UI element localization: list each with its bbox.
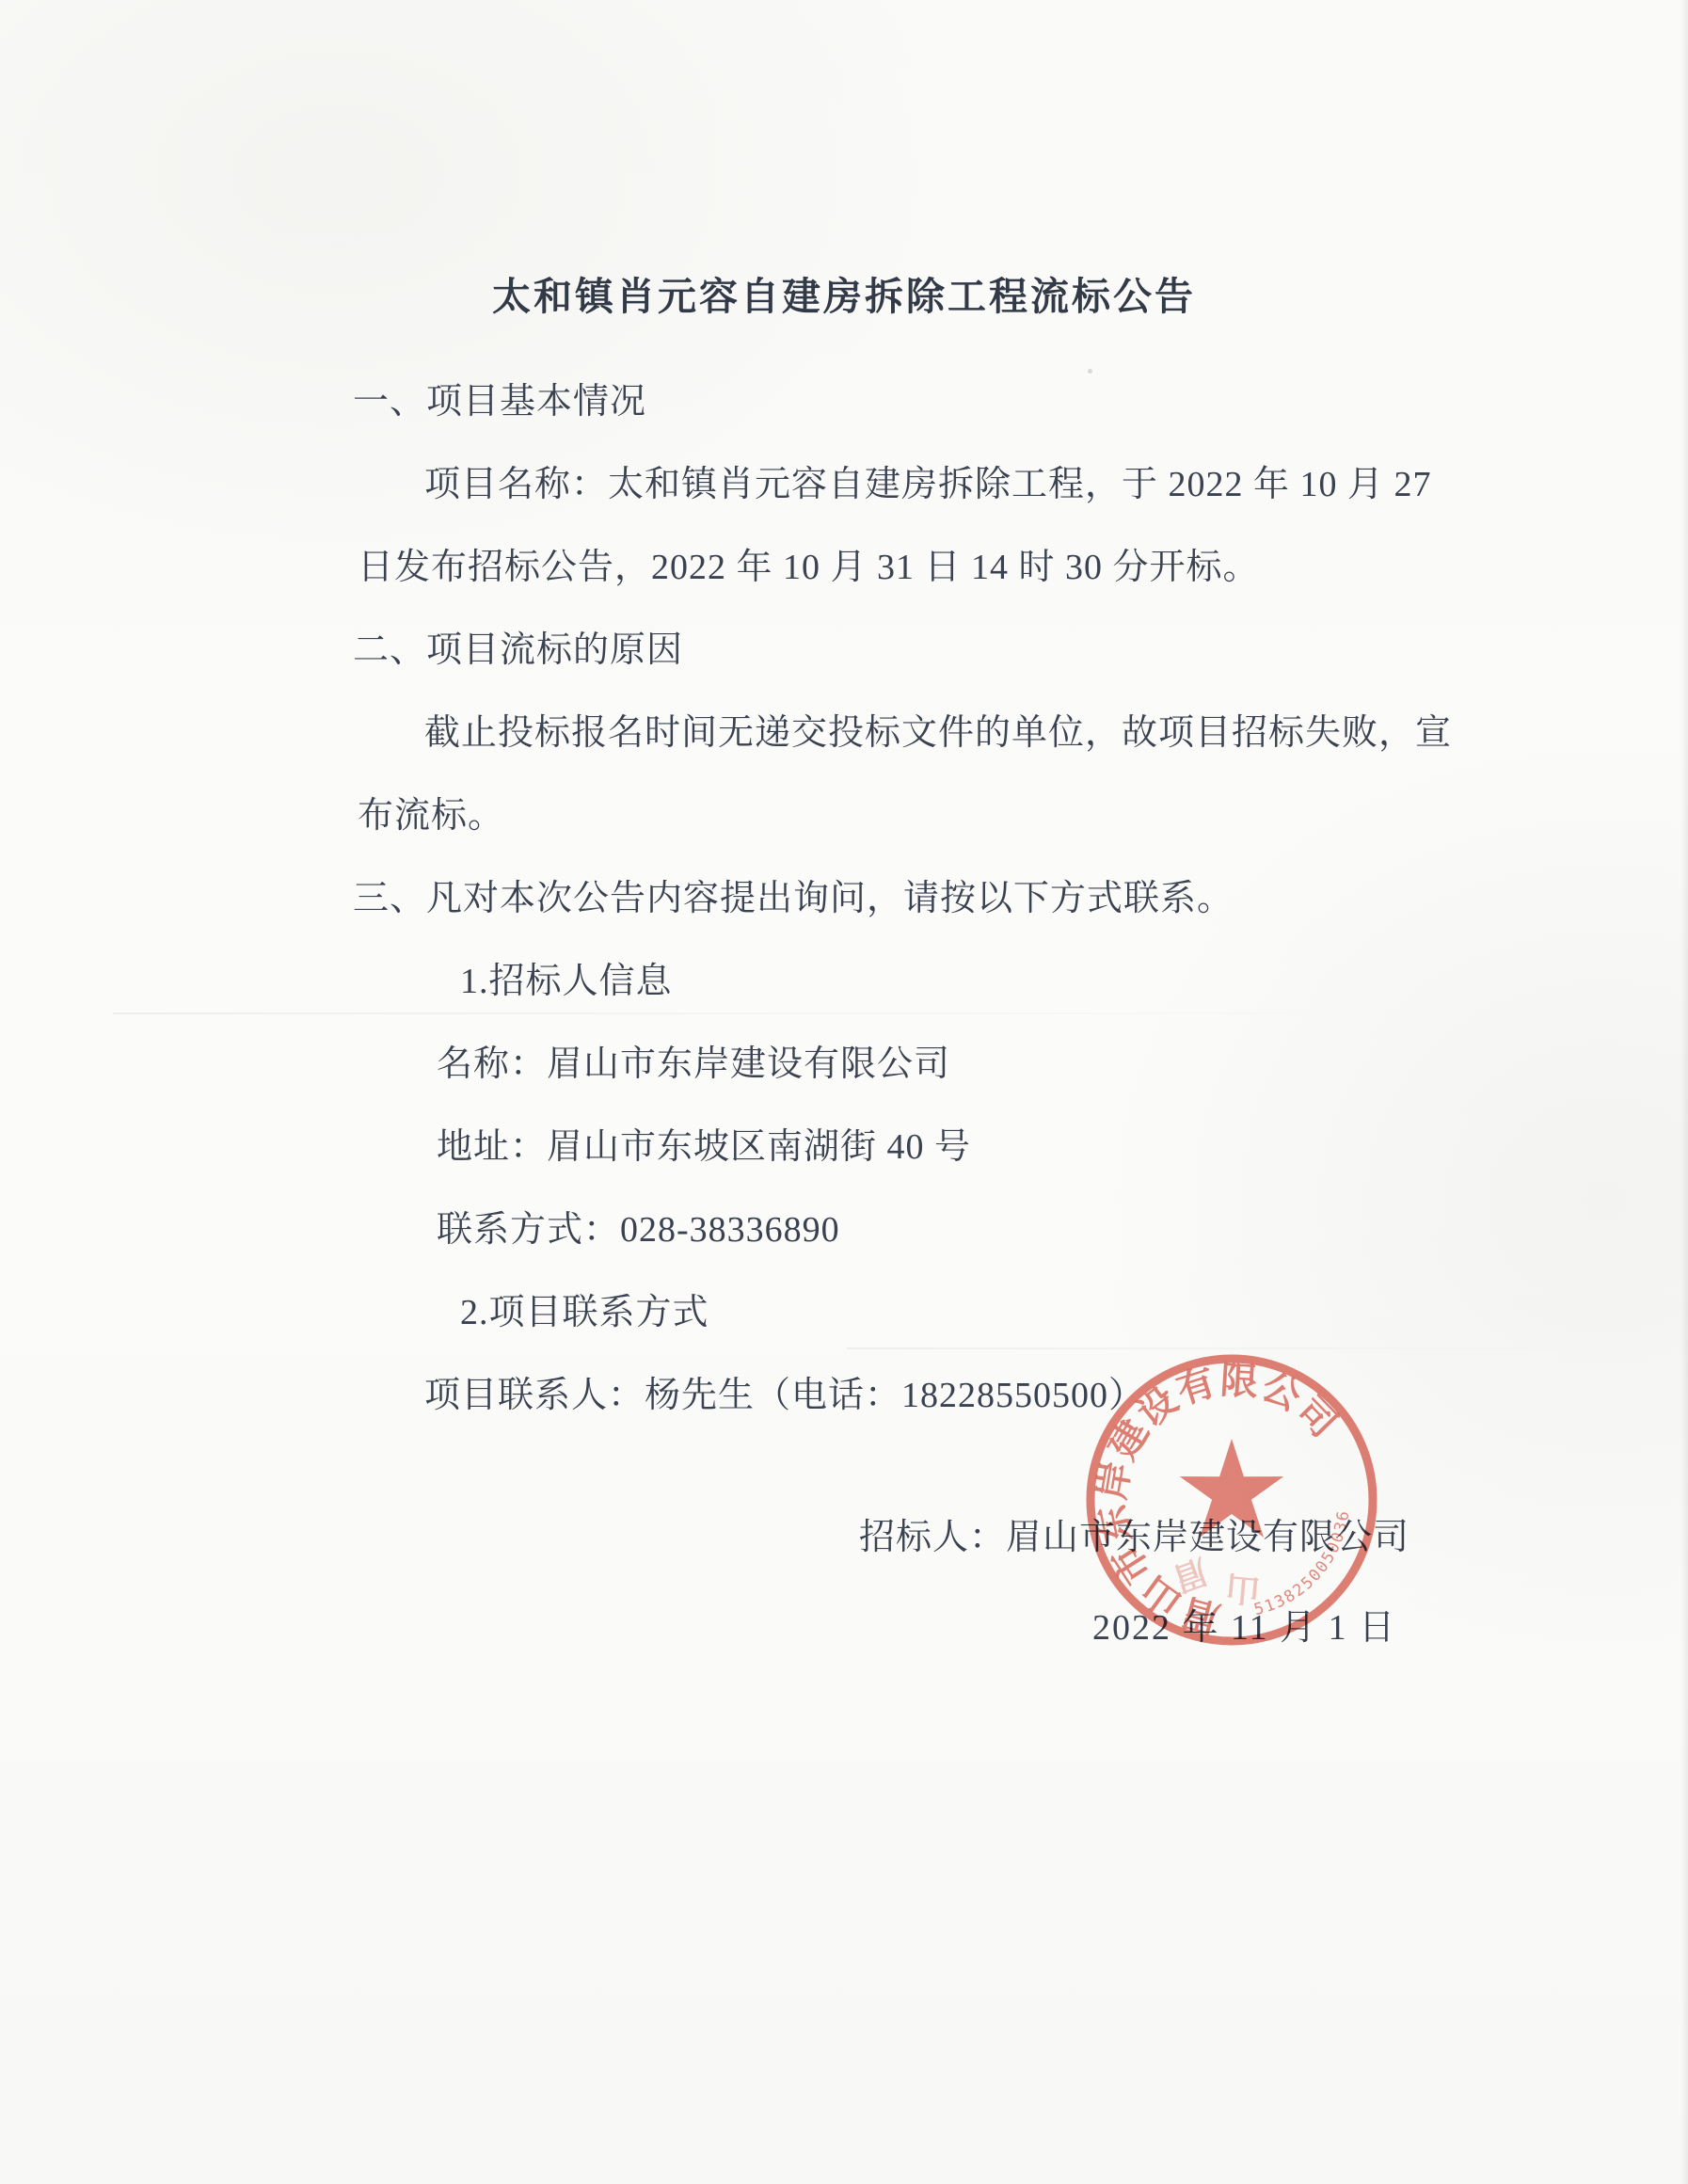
company-seal-stamp: 眉山市东岸建设有限公司 513825005003606 眉 山	[1076, 1345, 1387, 1655]
seal-star-icon	[1180, 1439, 1283, 1538]
scanned-document-page: 太和镇肖元容自建房拆除工程流标公告 一、项目基本情况 项目名称：太和镇肖元容自建…	[0, 0, 1688, 2184]
section-heading-3: 三、凡对本次公告内容提出询问，请按以下方式联系。	[353, 857, 1443, 940]
section-heading-1: 一、项目基本情况	[353, 360, 1443, 443]
subitem-project-contact: 2.项目联系方式	[460, 1271, 1443, 1354]
document-body: 一、项目基本情况 项目名称：太和镇肖元容自建房拆除工程，于 2022 年 10 …	[353, 360, 1443, 1437]
paragraph-project-name-2: 日发布招标公告，2022 年 10 月 31 日 14 时 30 分开标。	[358, 526, 1443, 609]
subitem-bidder-info: 1.招标人信息	[460, 940, 1443, 1023]
paragraph-project-name: 项目名称：太和镇肖元容自建房拆除工程，于 2022 年 10 月 27	[424, 443, 1443, 526]
bidder-address-line: 地址：眉山市东坡区南湖街 40 号	[437, 1106, 1443, 1188]
paragraph-reason: 截止投标报名时间无递交投标文件的单位，故项目招标失败，宣	[424, 692, 1443, 774]
bidder-name-line: 名称：眉山市东岸建设有限公司	[437, 1023, 1443, 1106]
scan-edge-shadow	[1680, 0, 1688, 2184]
document-title: 太和镇肖元容自建房拆除工程流标公告	[0, 265, 1688, 321]
svg-text:山: 山	[1224, 1569, 1261, 1609]
paragraph-reason-2: 布流标。	[358, 774, 1443, 857]
section-heading-2: 二、项目流标的原因	[353, 609, 1443, 692]
bidder-phone-line: 联系方式：028-38336890	[437, 1188, 1443, 1271]
